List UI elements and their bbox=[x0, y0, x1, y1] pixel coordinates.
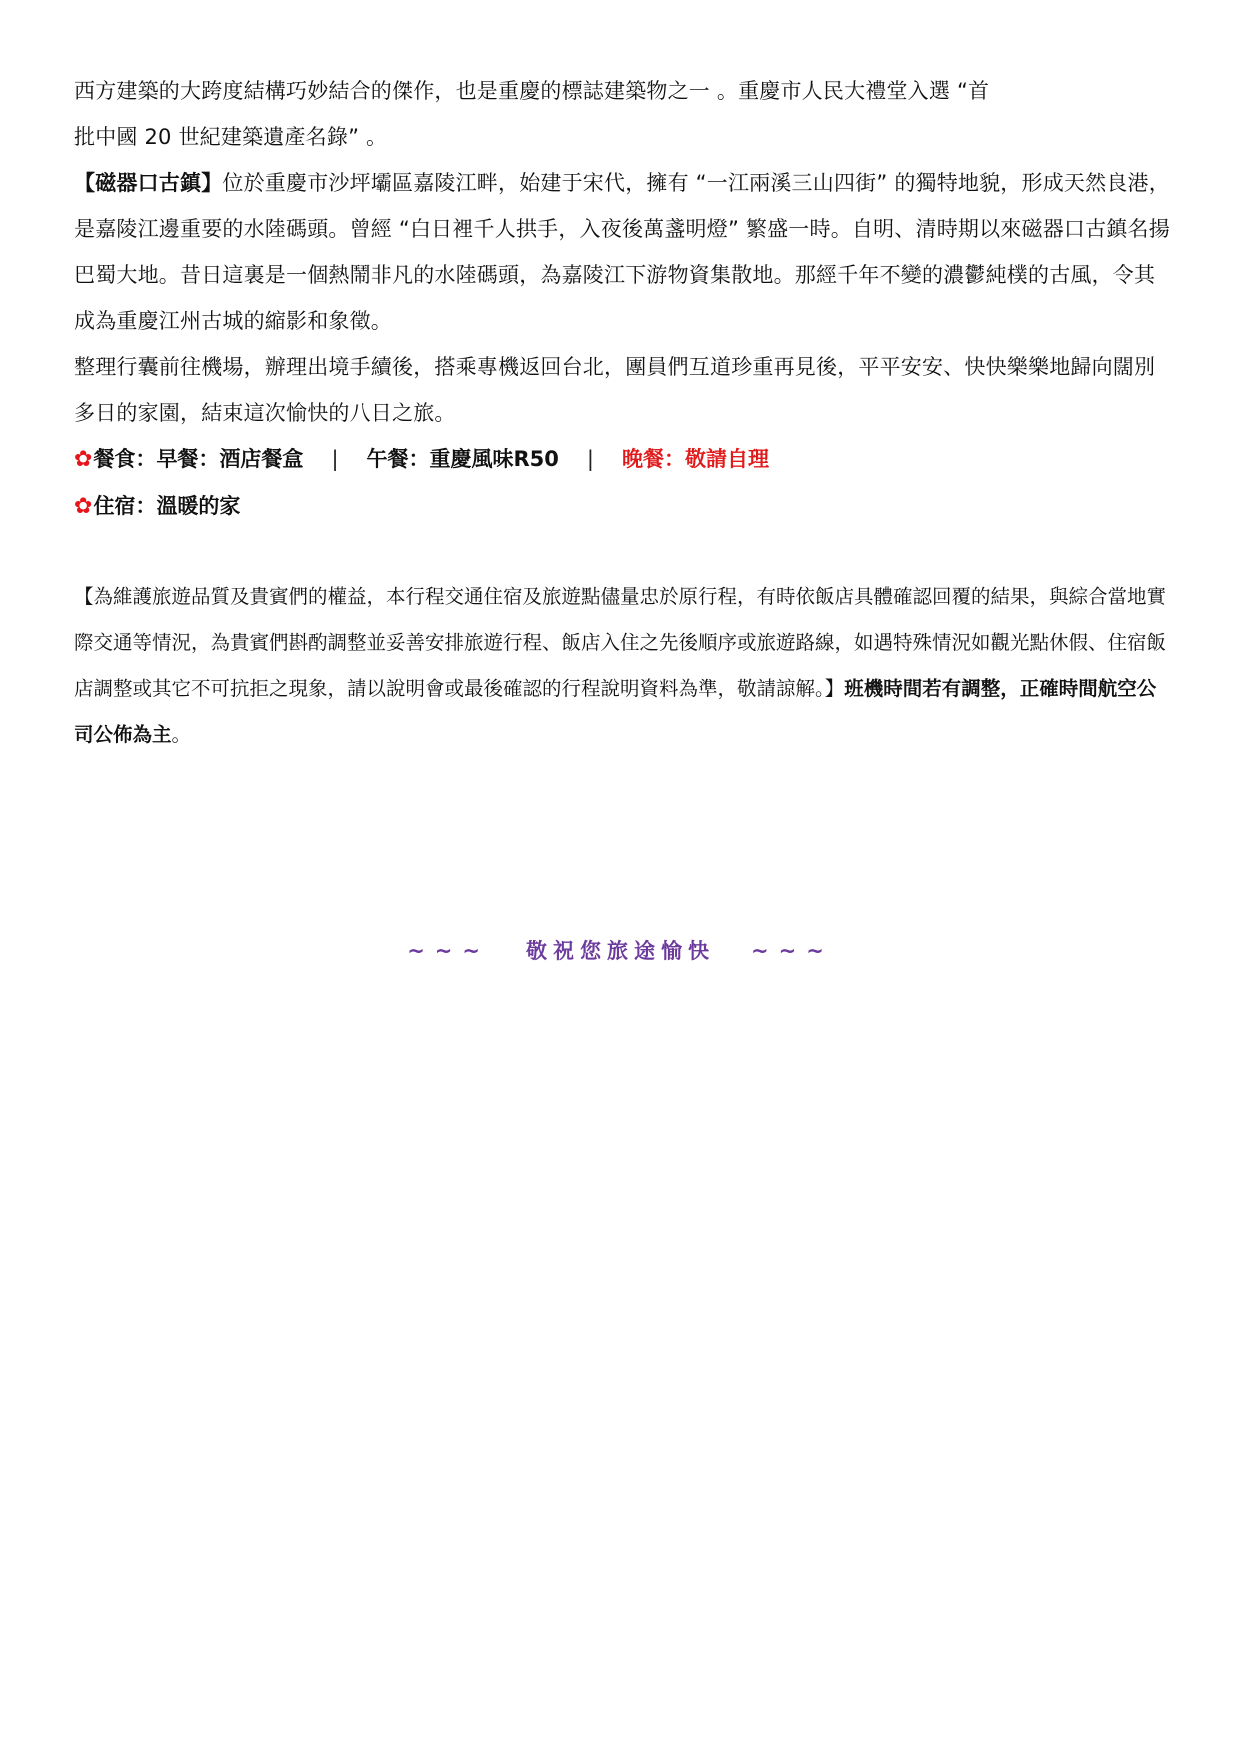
closing-greeting: ~~~敬祝您旅途愉快~~~ bbox=[0, 935, 1241, 965]
right-tilde-decoration: ~~~ bbox=[751, 939, 834, 963]
intro-line-2: 批中國 20 世紀建築遺產名錄” 。 bbox=[74, 125, 387, 149]
intro-paragraph: 西方建築的大跨度結構巧妙結合的傑作，也是重慶的標誌建築物之一 。重慶市人民大禮堂… bbox=[74, 68, 1174, 160]
return-paragraph: 整理行囊前往機場，辦理出境手續後，搭乘專機返回台北，團員們互道珍重再見後，平平安… bbox=[74, 344, 1174, 436]
notice-end: 。 bbox=[172, 723, 192, 746]
ciqikou-paragraph: 【磁器口古鎮】位於重慶市沙坪壩區嘉陵江畔，始建于宋代，擁有 “一江兩溪三山四街”… bbox=[74, 160, 1174, 344]
lodging-line: ✿住宿：溫暖的家 bbox=[74, 483, 1174, 530]
meal-separator: | bbox=[331, 436, 338, 482]
meals-line: ✿餐食：早餐：酒店餐盒|午餐：重慶風味R50|晚餐：敬請自理 bbox=[74, 436, 1174, 483]
meals-label: 餐食： bbox=[93, 447, 156, 471]
left-tilde-decoration: ~~~ bbox=[407, 939, 490, 963]
flower-bullet-icon: ✿ bbox=[74, 447, 92, 472]
lodging-label: 住宿： bbox=[93, 494, 156, 518]
intro-line-1: 西方建築的大跨度結構巧妙結合的傑作，也是重慶的標誌建築物之一 。重慶市人民大禮堂… bbox=[74, 79, 989, 103]
notice-paragraph: 【為維護旅遊品質及貴賓們的權益，本行程交通住宿及旅遊點儘量忠於原行程，有時依飯店… bbox=[74, 574, 1174, 758]
spacer bbox=[74, 530, 1174, 574]
ciqikou-body: 位於重慶市沙坪壩區嘉陵江畔，始建于宋代，擁有 “一江兩溪三山四街” 的獨特地貌，… bbox=[74, 171, 1170, 333]
meal-separator: | bbox=[587, 436, 594, 482]
breakfast-info: 早餐：酒店餐盒 bbox=[156, 447, 303, 471]
flower-bullet-icon: ✿ bbox=[74, 494, 92, 519]
lunch-info: 午餐：重慶風味R50 bbox=[367, 447, 559, 471]
document-page: 西方建築的大跨度結構巧妙結合的傑作，也是重慶的標誌建築物之一 。重慶市人民大禮堂… bbox=[74, 68, 1174, 758]
ciqikou-title: 【磁器口古鎮】 bbox=[74, 171, 222, 195]
dinner-info: 晚餐：敬請自理 bbox=[622, 447, 769, 471]
lodging-value: 溫暖的家 bbox=[156, 494, 240, 518]
closing-text: 敬祝您旅途愉快 bbox=[526, 939, 715, 963]
